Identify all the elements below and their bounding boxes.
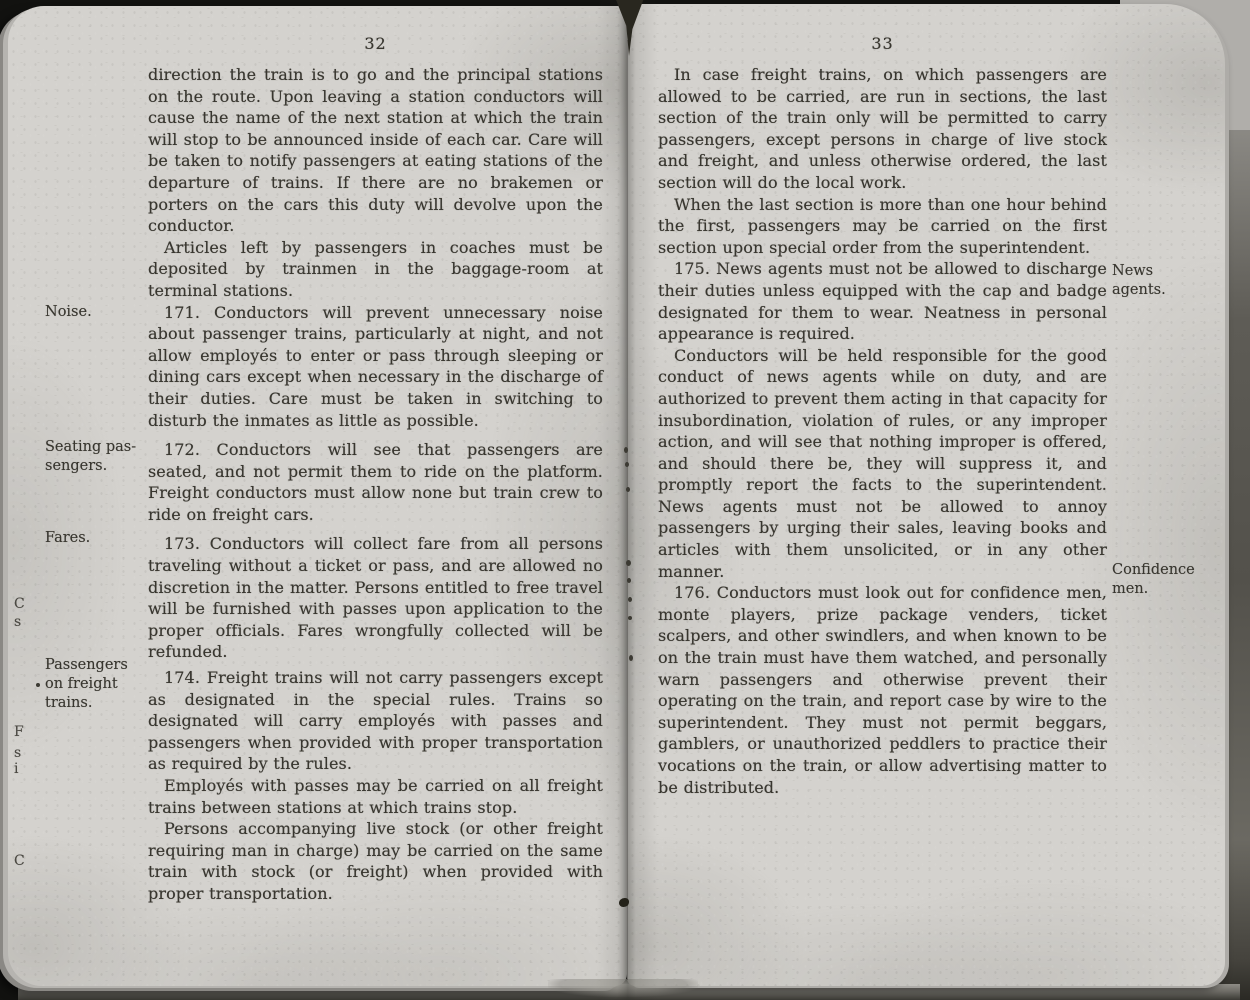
- edge-text-fragment: i: [14, 762, 18, 776]
- edge-text-fragment: s: [14, 615, 21, 629]
- paragraph-articles-left: Articles left by passengers in coaches m…: [148, 237, 603, 302]
- gutter-speck: [626, 487, 630, 492]
- print-speck: [36, 683, 40, 687]
- gutter-speck: [627, 578, 631, 583]
- margin-note-news-agents: News agents.: [1112, 262, 1204, 300]
- paragraph-freight-sections: In case freight trains, on which passeng…: [658, 64, 1107, 194]
- margin-note-noise: Noise.: [45, 303, 145, 322]
- page-left: 32 direction the train is to go and the …: [8, 6, 627, 986]
- book-gutter-line: [627, 40, 628, 980]
- paragraph-rule-174: 174. Freight trains will not carry passe…: [148, 667, 603, 775]
- gutter-speck: [624, 447, 628, 453]
- paragraph-rule-176: 176. Conductors must look out for confid…: [658, 582, 1107, 798]
- paragraph-employes-passes: Employés with passes may be carried on a…: [148, 775, 603, 818]
- margin-note-seating-passengers: Seating pas­sengers.: [45, 438, 145, 476]
- edge-text-fragment: C: [14, 854, 25, 868]
- page-number-left: 32: [148, 34, 603, 53]
- margin-note-fares: Fares.: [45, 529, 145, 548]
- paragraph-continuation: direction the train is to go and the pri…: [148, 64, 603, 237]
- paragraph-rule-173: 173. Conductors will collect fare from a…: [148, 533, 603, 663]
- gutter-speck: [628, 597, 632, 602]
- edge-text-fragment: s: [14, 746, 21, 760]
- paragraph-rule-172: 172. Conductors will see that passengers…: [148, 439, 603, 525]
- margin-note-confidence-men: Confidence men.: [1112, 561, 1208, 599]
- paragraph-last-section: When the last section is more than one h…: [658, 194, 1107, 259]
- gutter-speck: [626, 560, 631, 566]
- scan-bottom-smudge: [548, 979, 698, 997]
- book-spread: 32 direction the train is to go and the …: [0, 0, 1250, 1000]
- page-left-text: direction the train is to go and the pri…: [148, 64, 603, 905]
- edge-text-fragment: C: [14, 597, 25, 611]
- page-right: 33 In case freight trains, on which pass…: [627, 4, 1225, 986]
- paragraph-rule-175: 175. News agents must not be allowed to …: [658, 258, 1107, 344]
- gutter-speck: [629, 655, 633, 661]
- gutter-speck: [625, 462, 629, 467]
- page-number-right: 33: [658, 34, 1107, 53]
- edge-text-fragment: F: [14, 725, 24, 739]
- page-right-text: In case freight trains, on which passeng…: [658, 64, 1107, 798]
- margin-note-passengers-on-freight-trains: Passengers on freight trains.: [45, 656, 145, 713]
- gutter-speck: [628, 616, 632, 620]
- paragraph-rule-171: 171. Conductors will prevent unnecessary…: [148, 302, 603, 432]
- paragraph-news-agents-conduct: Conductors will be held responsible for …: [658, 345, 1107, 583]
- paragraph-live-stock: Persons accompanying live stock (or othe…: [148, 818, 603, 904]
